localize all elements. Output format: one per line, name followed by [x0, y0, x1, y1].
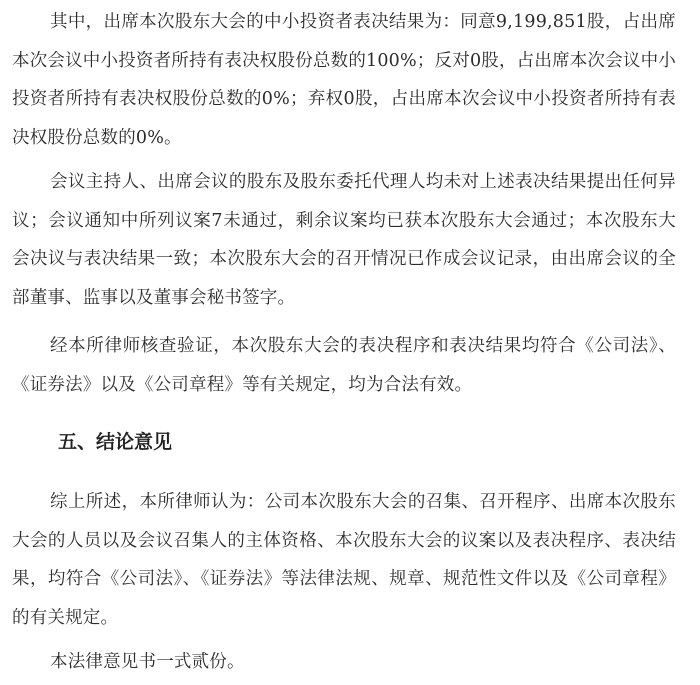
- paragraph-conclusion: 综上所述，本所律师认为：公司本次股东大会的召集、召开程序、出席本次股东大会的人员…: [12, 483, 676, 637]
- paragraph-copies: 本法律意见书一式贰份。: [12, 643, 676, 682]
- paragraph-verification: 经本所律师核查验证，本次股东大会的表决程序和表决结果均符合《公司法》、《证券法》…: [12, 327, 676, 404]
- paragraph-voting-results: 其中，出席本次股东大会的中小投资者表决结果为：同意9,199,851股，占出席本…: [12, 3, 676, 157]
- paragraph-no-objection: 会议主持人、出席会议的股东及股东委托代理人均未对上述表决结果提出任何异议；会议通…: [12, 163, 676, 317]
- section-heading-conclusion: 五、结论意见: [12, 423, 658, 461]
